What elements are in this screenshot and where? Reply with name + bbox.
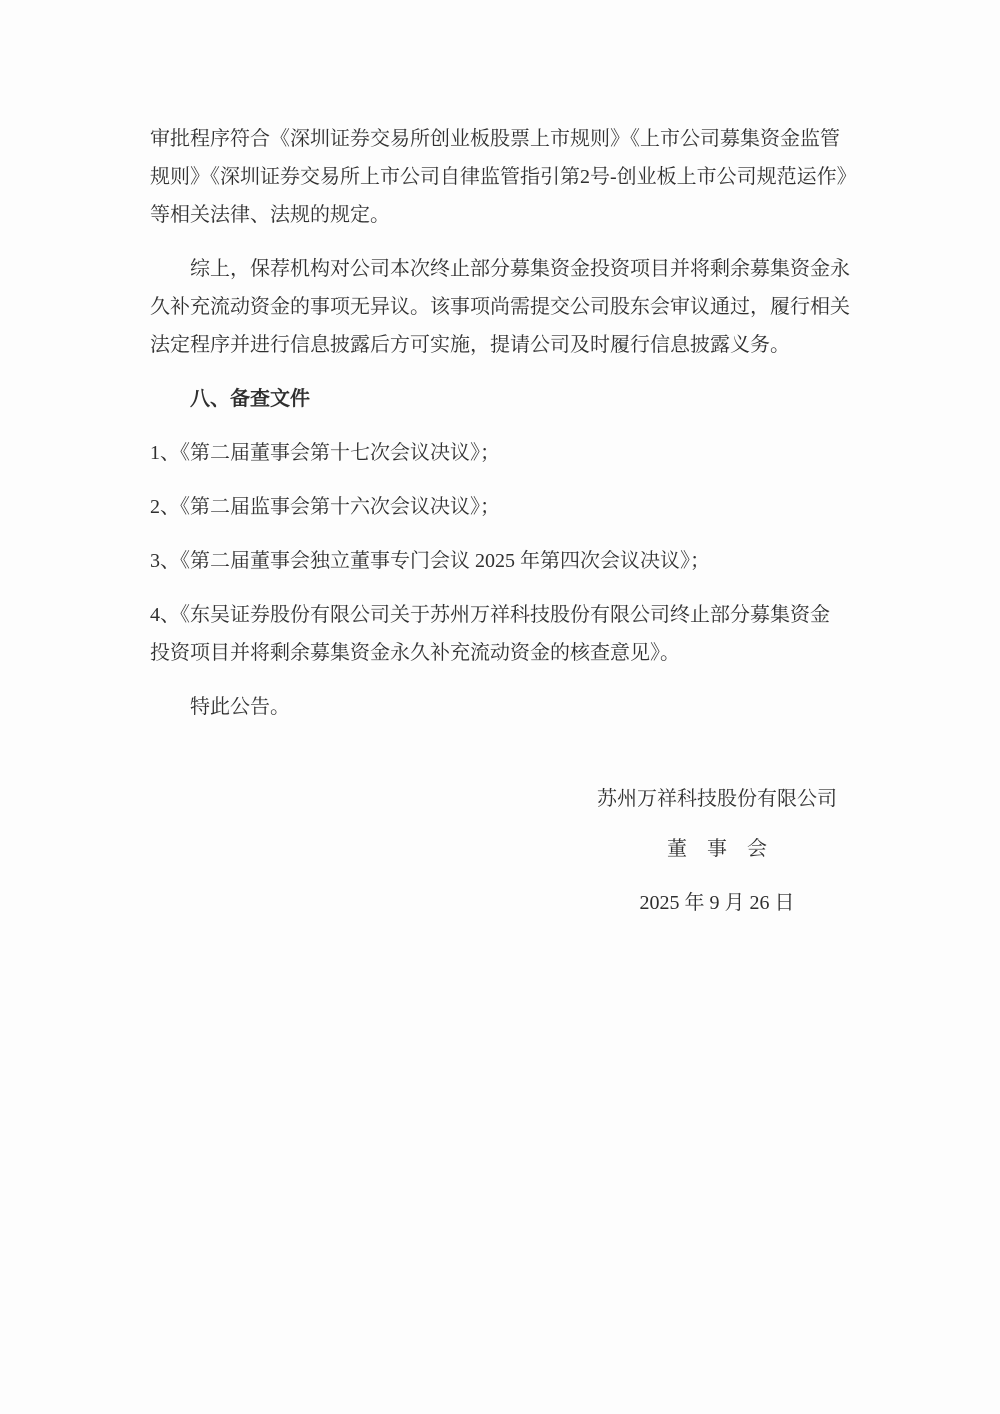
paragraph-regulations: 审批程序符合《深圳证券交易所创业板股票上市规则》《上市公司募集资金监管 规则》《… [150, 120, 890, 234]
closing-statement: 特此公告。 [150, 688, 890, 726]
signature-board-of-directors: 董 事 会 [667, 830, 767, 868]
signature-company-name: 苏州万祥科技股份有限公司 [597, 780, 837, 818]
signature-date: 2025 年 9 月 26 日 [640, 884, 795, 922]
signature-block: 苏州万祥科技股份有限公司 董 事 会 2025 年 9 月 26 日 [597, 780, 837, 922]
document-content: 审批程序符合《深圳证券交易所创业板股票上市规则》《上市公司募集资金监管 规则》《… [0, 0, 1000, 922]
paragraph-conclusion: 综上，保荐机构对公司本次终止部分募集资金投资项目并将剩余募集资金永 久补充流动资… [150, 250, 890, 364]
section-heading-reference-documents: 八、备查文件 [190, 380, 890, 418]
list-item-3: 3、《第二届董事会独立董事专门会议 2025 年第四次会议决议》； [150, 542, 890, 580]
document-page: 审批程序符合《深圳证券交易所创业板股票上市规则》《上市公司募集资金监管 规则》《… [0, 0, 1000, 1414]
list-item-4: 4、《东吴证券股份有限公司关于苏州万祥科技股份有限公司终止部分募集资金 投资项目… [150, 596, 890, 672]
list-item-2: 2、《第二届监事会第十六次会议决议》； [150, 488, 890, 526]
list-item-1: 1、《第二届董事会第十七次会议决议》； [150, 434, 890, 472]
